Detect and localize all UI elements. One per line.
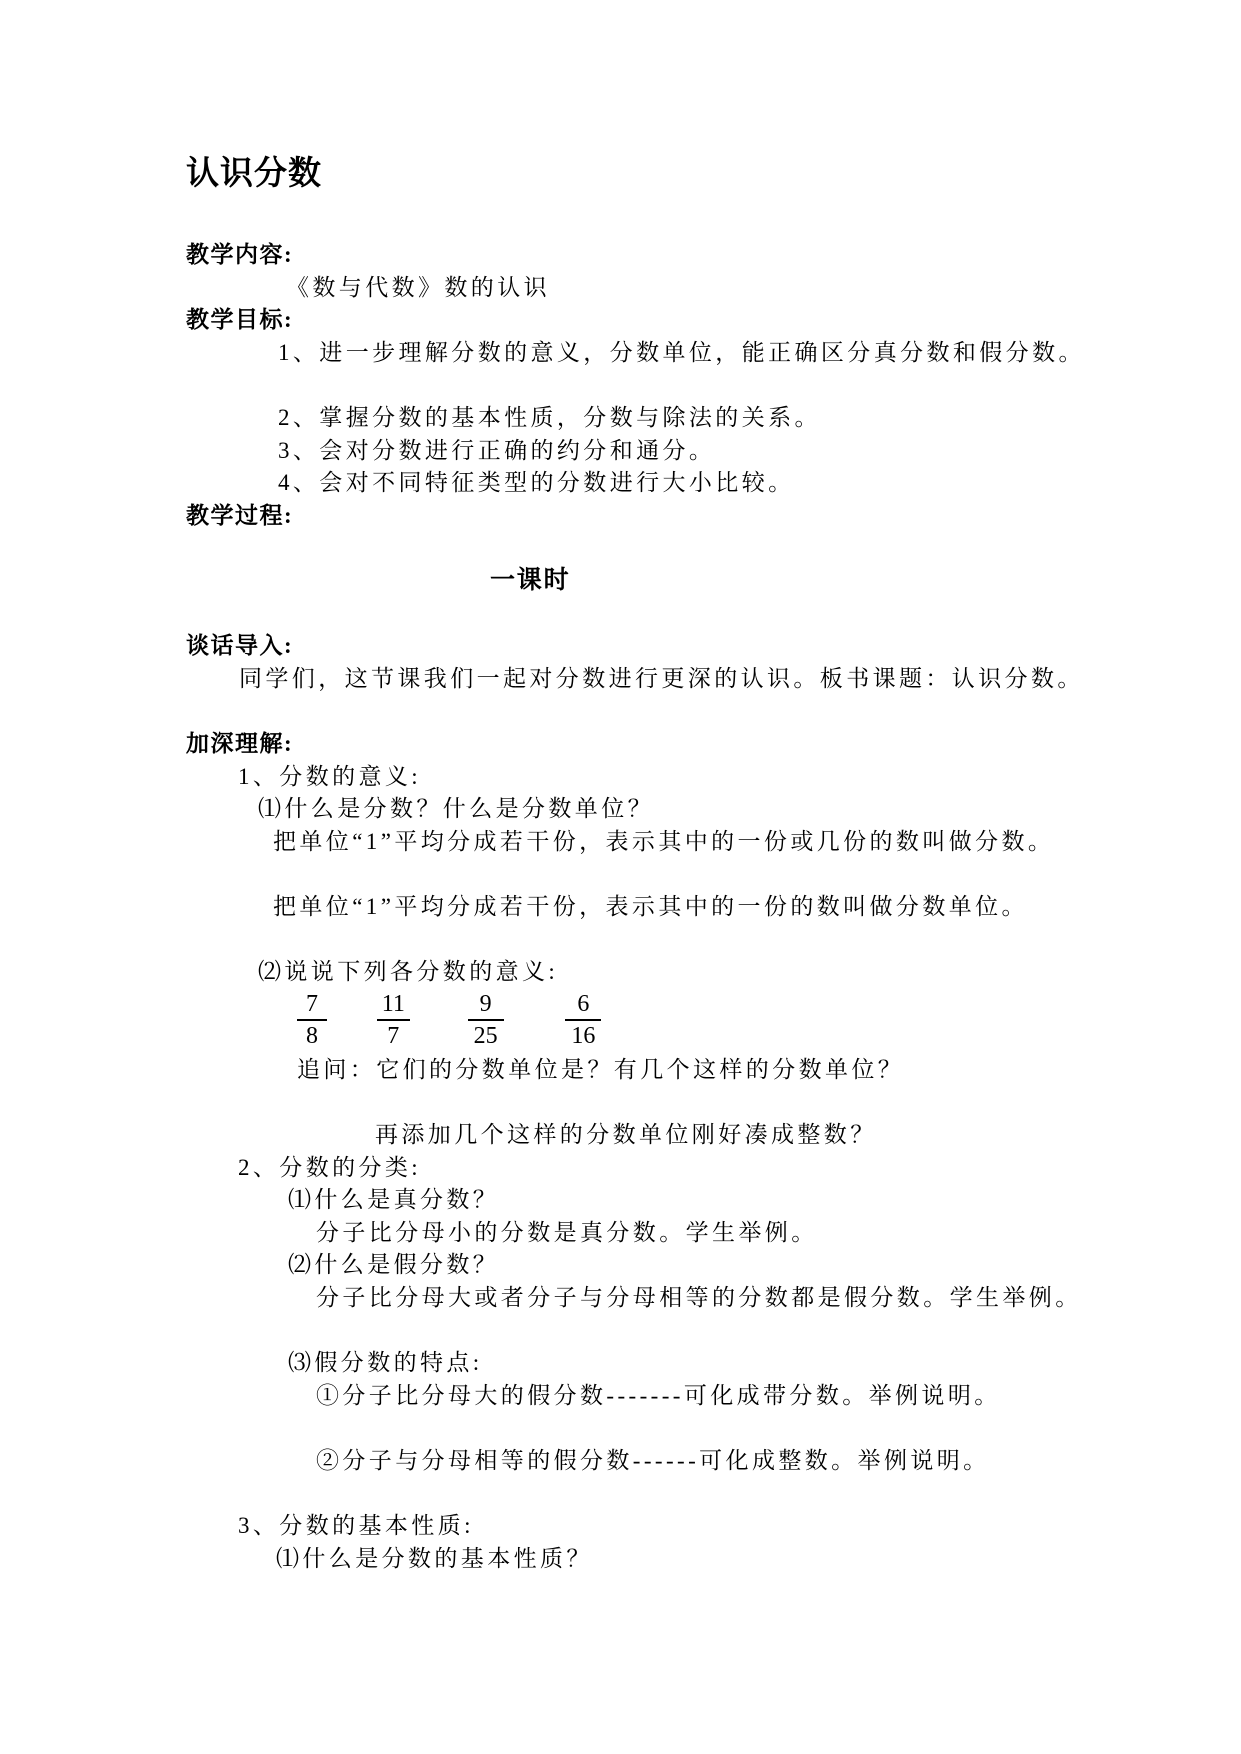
heading-teaching-goals: 教学目标: (186, 304, 1055, 337)
definition-fraction: 把单位“1”平均分成若干份，表示其中的一份或几份的数叫做分数。 (186, 826, 1055, 859)
section-1-fraction-meaning: 1、分数的意义: (186, 761, 1055, 794)
fraction-denominator: 16 (565, 1021, 601, 1052)
blank-line (186, 598, 1055, 631)
blank-line (186, 1478, 1055, 1511)
fraction-denominator: 8 (297, 1021, 327, 1052)
question-what-is-fraction: ⑴什么是分数？什么是分数单位？ (186, 793, 1055, 826)
heading-teaching-process: 教学过程: (186, 500, 1055, 533)
fraction-numerator: 9 (468, 989, 504, 1021)
fraction-numerator: 11 (377, 989, 410, 1021)
heading-deepen-understanding: 加深理解: (186, 728, 1055, 761)
blank-line (186, 532, 1055, 565)
section-2-fraction-types: 2、分数的分类: (186, 1152, 1055, 1185)
document-page: 认识分数 教学内容: 《数与代数》数的认识 教学目标: 1、进一步理解分数的意义… (0, 0, 1241, 1754)
document-title: 认识分数 (186, 150, 1055, 198)
definition-proper-fraction: 分子比分母小的分数是真分数。学生举例。 (186, 1217, 1055, 1250)
feature-item-2: ②分子与分母相等的假分数------可化成整数。举例说明。 (186, 1445, 1055, 1478)
fraction-7-8: 7 8 (297, 989, 327, 1052)
blank-line (186, 923, 1055, 956)
line-introduction-text: 同学们，这节课我们一起对分数进行更深的认识。板书课题：认识分数。 (186, 663, 1055, 696)
fraction-denominator: 7 (377, 1021, 410, 1052)
goal-item-4: 4、会对不同特征类型的分数进行大小比较。 (186, 467, 1055, 500)
fraction-9-25: 9 25 (468, 989, 504, 1052)
follow-up-question-2: 再添加几个这样的分数单位刚好凑成整数？ (186, 1119, 1055, 1152)
lesson-period-title: 一课时 (186, 565, 1055, 598)
follow-up-question: 追问：它们的分数单位是？有几个这样的分数单位？ (186, 1054, 1055, 1087)
fraction-numerator: 7 (297, 989, 327, 1021)
blank-line (186, 1315, 1055, 1348)
goal-item-1: 1、进一步理解分数的意义，分数单位，能正确区分真分数和假分数。 (186, 337, 1055, 370)
definition-fraction-unit: 把单位“1”平均分成若干份，表示其中的一份的数叫做分数单位。 (186, 891, 1055, 924)
line-content-source: 《数与代数》数的认识 (186, 272, 1055, 305)
question-basic-property: ⑴什么是分数的基本性质？ (186, 1543, 1055, 1576)
blank-line (186, 1412, 1055, 1445)
goal-item-2: 2、掌握分数的基本性质，分数与除法的关系。 (186, 402, 1055, 435)
fraction-numerator: 6 (565, 989, 601, 1021)
blank-line (186, 858, 1055, 891)
goal-item-3: 3、会对分数进行正确的约分和通分。 (186, 435, 1055, 468)
blank-line (186, 1086, 1055, 1119)
improper-fraction-features: ⑶假分数的特点: (186, 1347, 1055, 1380)
question-proper-fraction: ⑴什么是真分数？ (186, 1184, 1055, 1217)
fraction-11-7: 11 7 (377, 989, 410, 1052)
blank-line (186, 695, 1055, 728)
question-improper-fraction: ⑵什么是假分数？ (186, 1249, 1055, 1282)
feature-item-1: ①分子比分母大的假分数-------可化成带分数。举例说明。 (186, 1380, 1055, 1413)
fractions-row: 7 8 11 7 9 25 6 16 (186, 989, 1055, 1054)
fraction-denominator: 25 (468, 1021, 504, 1052)
heading-talk-introduction: 谈话导入: (186, 630, 1055, 663)
prompt-fraction-examples: ⑵说说下列各分数的意义: (186, 956, 1055, 989)
definition-improper-fraction: 分子比分母大或者分子与分母相等的分数都是假分数。学生举例。 (186, 1282, 1055, 1315)
heading-teaching-content: 教学内容: (186, 239, 1055, 272)
section-3-basic-property: 3、分数的基本性质: (186, 1510, 1055, 1543)
blank-line (186, 369, 1055, 402)
fraction-6-16: 6 16 (565, 989, 601, 1052)
